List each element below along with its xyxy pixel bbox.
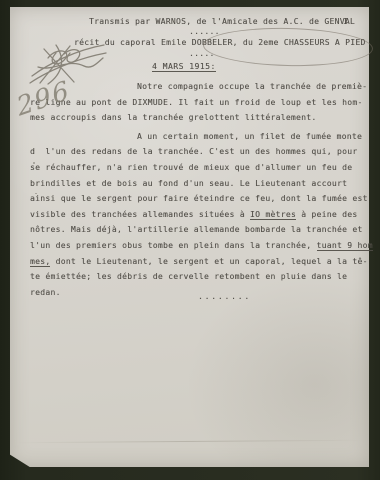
typed-line: visible des tranchées allemandes situées… xyxy=(30,207,372,223)
paper-crease xyxy=(15,440,363,443)
typed-line: mes, dont le Lieutenant, le sergent et u… xyxy=(30,254,372,270)
typed-line: te émiettée; les débris de cervelle reto… xyxy=(30,269,372,285)
typed-line: d l'un des redans de la tranchée. C'est … xyxy=(30,144,372,160)
typed-line: se réchauffer, n'a rien trouvé de mieux … xyxy=(30,160,372,176)
pencil-scribble-crossed-out-number xyxy=(24,36,116,90)
typed-line: nôtres. Mais déjà, l'artillerie allemand… xyxy=(30,222,372,238)
date-heading-text: 4 MARS 1915: xyxy=(152,62,216,72)
typed-body: Notre compagnie occupe la tranchée de pr… xyxy=(30,79,372,300)
typed-line: ainsi que le sergent pour faire éteindre… xyxy=(30,191,372,207)
typed-line: A un certain moment, un filet de fumée m… xyxy=(30,129,372,145)
transmission-line: Transmis par WARNOS, de l'Amicale des A.… xyxy=(89,17,355,27)
pencil-circle-annotation xyxy=(203,26,374,68)
typed-line: brindilles et de bois au fond d'un seau.… xyxy=(30,176,372,192)
page-number: I xyxy=(343,17,348,27)
dust-speck xyxy=(35,193,37,194)
typed-line: l'un des premiers obus tombe en plein da… xyxy=(30,238,372,254)
scanned-document-page: Transmis par WARNOS, de l'Amicale des A.… xyxy=(0,0,380,480)
typed-line: re ligne au pont de DIXMUDE. Il fait un … xyxy=(30,95,372,111)
end-dots: ........ xyxy=(198,292,251,302)
page-content: Transmis par WARNOS, de l'Amicale des A.… xyxy=(0,0,380,480)
date-heading: 4 MARS 1915: xyxy=(152,62,216,72)
dust-speck xyxy=(33,162,35,164)
typed-line: mes accroupis dans la tranchée grelotten… xyxy=(30,110,372,126)
